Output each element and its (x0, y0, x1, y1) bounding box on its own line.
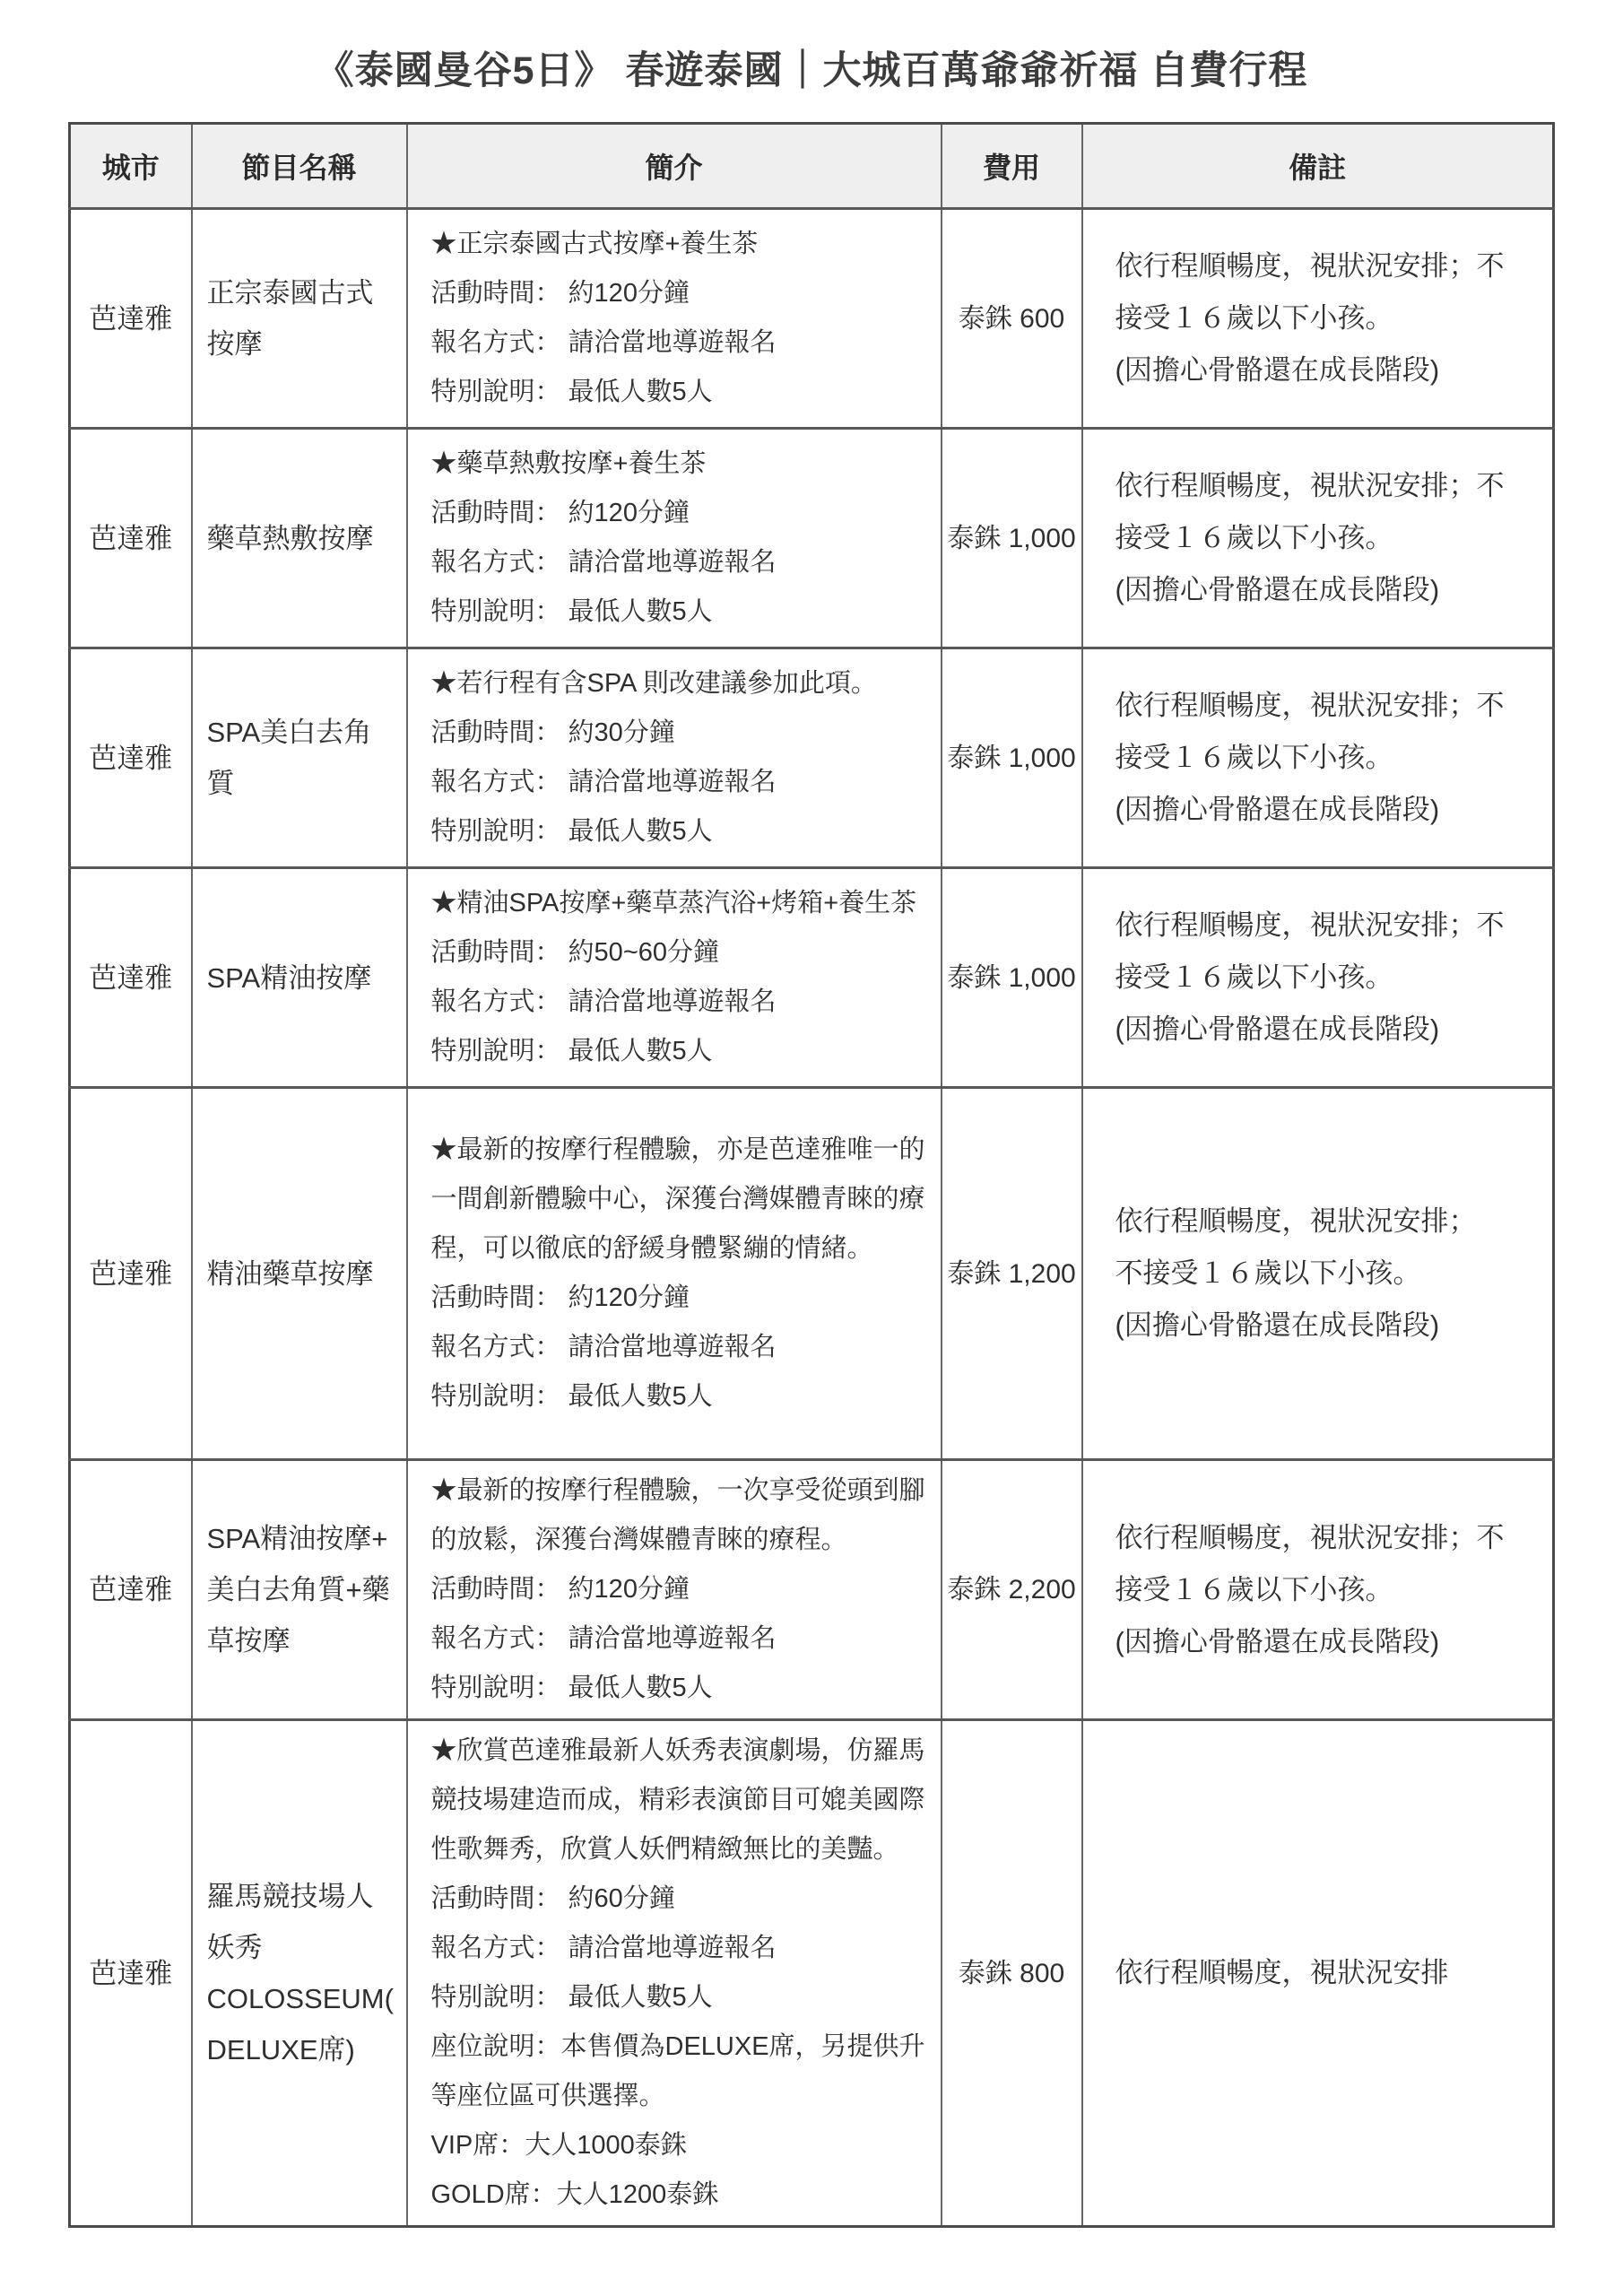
cell-activity-name: 羅馬競技場人 妖秀 COLOSSEUM( DELUXE席) (192, 1720, 407, 2227)
cell-city: 芭達雅 (70, 1088, 192, 1460)
table-row: 芭達雅 精油藥草按摩 ★最新的按摩行程體驗，亦是芭達雅唯一的 一間創新體驗中心，… (70, 1088, 1554, 1460)
cell-fee: 泰銖 1,200 (942, 1088, 1082, 1460)
header-cell-name: 節目名稱 (192, 124, 407, 209)
cell-activity-name: 正宗泰國古式 按摩 (192, 209, 407, 429)
cell-note: 依行程順暢度，視狀況安排；不 接受１６歲以下小孩。 (因擔心骨骼還在成長階段) (1082, 868, 1554, 1088)
cell-note: 依行程順暢度，視狀況安排 (1082, 1720, 1554, 2227)
table-row: 芭達雅 SPA美白去角質 ★若行程有含SPA 則改建議參加此項。 活動時間： 約… (70, 648, 1554, 868)
document-page: 《泰國曼谷5日》 春遊泰國｜大城百萬爺爺祈福 自費行程 城市 節目名稱 簡介 費… (0, 0, 1623, 2296)
cell-activity-name: SPA精油按摩+ 美白去角質+藥 草按摩 (192, 1460, 407, 1720)
cell-activity-name: SPA美白去角質 (192, 648, 407, 868)
cell-note: 依行程順暢度，視狀況安排；不 接受１６歲以下小孩。 (因擔心骨骼還在成長階段) (1082, 1460, 1554, 1720)
cell-fee: 泰銖 2,200 (942, 1460, 1082, 1720)
page-title: 《泰國曼谷5日》 春遊泰國｜大城百萬爺爺祈福 自費行程 (0, 40, 1623, 95)
table-row: 芭達雅 藥草熱敷按摩 ★藥草熱敷按摩+養生茶 活動時間： 約120分鐘 報名方式… (70, 429, 1554, 648)
table-row: 芭達雅 羅馬競技場人 妖秀 COLOSSEUM( DELUXE席) ★欣賞芭達雅… (70, 1720, 1554, 2227)
cell-activity-name: 精油藥草按摩 (192, 1088, 407, 1460)
cell-city: 芭達雅 (70, 868, 192, 1088)
cell-intro: ★精油SPA按摩+藥草蒸汽浴+烤箱+養生茶 活動時間： 約50~60分鐘 報名方… (407, 868, 942, 1088)
cell-city: 芭達雅 (70, 1720, 192, 2227)
cell-city: 芭達雅 (70, 209, 192, 429)
cell-intro: ★藥草熱敷按摩+養生茶 活動時間： 約120分鐘 報名方式： 請洽當地導遊報名 … (407, 429, 942, 648)
cell-note: 依行程順暢度，視狀況安排；不 接受１６歲以下小孩。 (因擔心骨骼還在成長階段) (1082, 209, 1554, 429)
cell-intro: ★最新的按摩行程體驗，亦是芭達雅唯一的 一間創新體驗中心，深獲台灣媒體青睞的療 … (407, 1088, 942, 1460)
cell-activity-name: SPA精油按摩 (192, 868, 407, 1088)
cell-fee: 泰銖 1,000 (942, 648, 1082, 868)
header-cell-fee: 費用 (942, 124, 1082, 209)
cell-city: 芭達雅 (70, 1460, 192, 1720)
header-cell-city: 城市 (70, 124, 192, 209)
table-row: 芭達雅 SPA精油按摩 ★精油SPA按摩+藥草蒸汽浴+烤箱+養生茶 活動時間： … (70, 868, 1554, 1088)
cell-activity-name: 藥草熱敷按摩 (192, 429, 407, 648)
cell-note: 依行程順暢度，視狀況安排； 不接受１６歲以下小孩。 (因擔心骨骼還在成長階段) (1082, 1088, 1554, 1460)
cell-city: 芭達雅 (70, 648, 192, 868)
table-header-row: 城市 節目名稱 簡介 費用 備註 (70, 124, 1554, 209)
cell-intro: ★正宗泰國古式按摩+養生茶 活動時間： 約120分鐘 報名方式： 請洽當地導遊報… (407, 209, 942, 429)
header-cell-intro: 簡介 (407, 124, 942, 209)
cell-fee: 泰銖 800 (942, 1720, 1082, 2227)
cell-fee: 泰銖 1,000 (942, 868, 1082, 1088)
header-cell-note: 備註 (1082, 124, 1554, 209)
cell-note: 依行程順暢度，視狀況安排；不 接受１６歲以下小孩。 (因擔心骨骼還在成長階段) (1082, 429, 1554, 648)
cell-intro: ★欣賞芭達雅最新人妖秀表演劇場，仿羅馬 競技場建造而成，精彩表演節目可媲美國際 … (407, 1720, 942, 2227)
cell-fee: 泰銖 1,000 (942, 429, 1082, 648)
table-row: 芭達雅 SPA精油按摩+ 美白去角質+藥 草按摩 ★最新的按摩行程體驗，一次享受… (70, 1460, 1554, 1720)
cell-note: 依行程順暢度，視狀況安排；不 接受１６歲以下小孩。 (因擔心骨骼還在成長階段) (1082, 648, 1554, 868)
table-row: 芭達雅 正宗泰國古式 按摩 ★正宗泰國古式按摩+養生茶 活動時間： 約120分鐘… (70, 209, 1554, 429)
optional-activities-table: 城市 節目名稱 簡介 費用 備註 芭達雅 正宗泰國古式 按摩 ★正宗泰國古式按摩… (68, 122, 1555, 2228)
cell-city: 芭達雅 (70, 429, 192, 648)
cell-fee: 泰銖 600 (942, 209, 1082, 429)
cell-intro: ★若行程有含SPA 則改建議參加此項。 活動時間： 約30分鐘 報名方式： 請洽… (407, 648, 942, 868)
cell-intro: ★最新的按摩行程體驗，一次享受從頭到腳 的放鬆，深獲台灣媒體青睞的療程。 活動時… (407, 1460, 942, 1720)
